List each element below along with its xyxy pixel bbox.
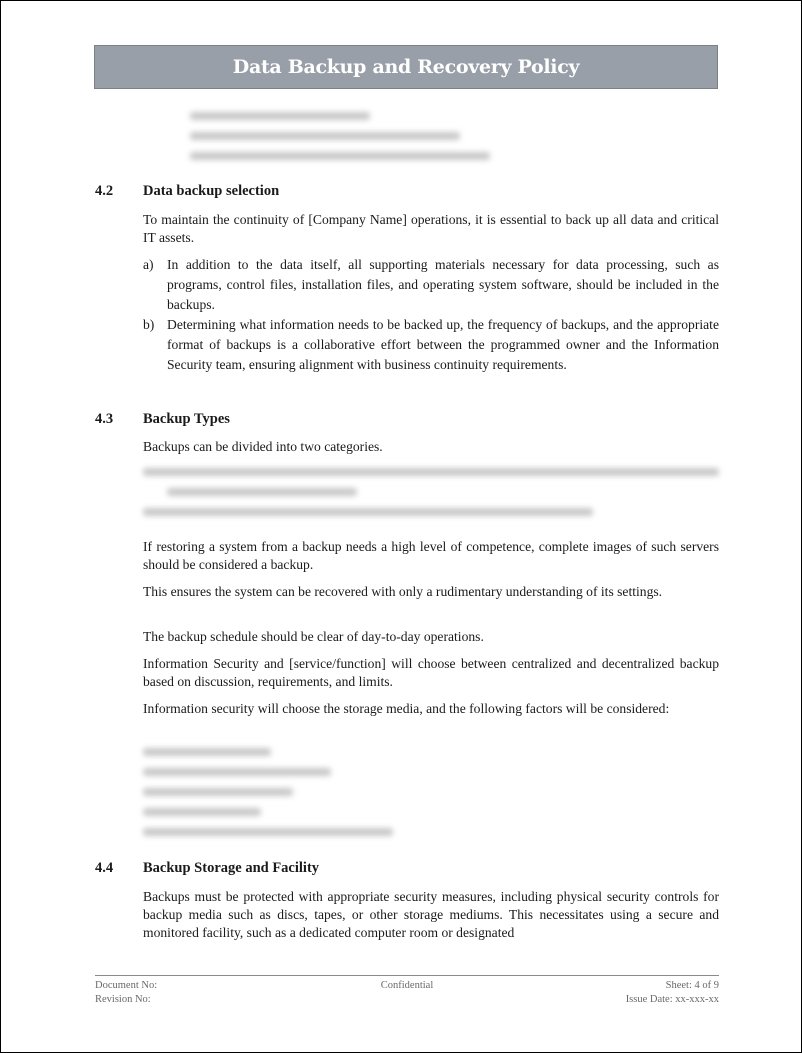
paragraph: The backup schedule should be clear of d… (143, 628, 719, 646)
redacted-list-storage-factors (143, 744, 443, 844)
section-intro: To maintain the continuity of [Company N… (143, 211, 719, 247)
page-footer: Document No: Revision No: Confidential S… (95, 975, 719, 978)
section-intro: Backups must be protected with appropria… (143, 888, 719, 942)
paragraph: This ensures the system can be recovered… (143, 583, 719, 601)
document-title-bar: Data Backup and Recovery Policy (94, 45, 718, 89)
redacted-list-backup-types (143, 464, 723, 524)
paragraph: Information Security and [service/functi… (143, 655, 719, 691)
paragraph: If restoring a system from a backup need… (143, 538, 719, 574)
paragraph: Information security will choose the sto… (143, 700, 719, 718)
list-text: Determining what information needs to be… (167, 315, 719, 375)
section-title: Data backup selection (143, 183, 279, 200)
list-text: In addition to the data itself, all supp… (167, 255, 719, 315)
section-title: Backup Storage and Facility (143, 860, 319, 877)
section-intro: Backups can be divided into two categori… (143, 438, 719, 456)
issue-date: Issue Date: xx-xxx-xx (626, 993, 719, 1007)
footer-right: Sheet: 4 of 9 Issue Date: xx-xxx-xx (626, 979, 719, 1007)
section-number: 4.3 (95, 411, 113, 428)
sheet-number: Sheet: 4 of 9 (626, 979, 719, 993)
list-marker: a) (143, 255, 154, 275)
redacted-list-top (190, 108, 510, 168)
revision-number-label: Revision No: (95, 993, 157, 1007)
document-title: Data Backup and Recovery Policy (233, 56, 579, 78)
section-title: Backup Types (143, 411, 230, 428)
list-marker: b) (143, 315, 154, 335)
section-number: 4.4 (95, 860, 113, 877)
section-number: 4.2 (95, 183, 113, 200)
